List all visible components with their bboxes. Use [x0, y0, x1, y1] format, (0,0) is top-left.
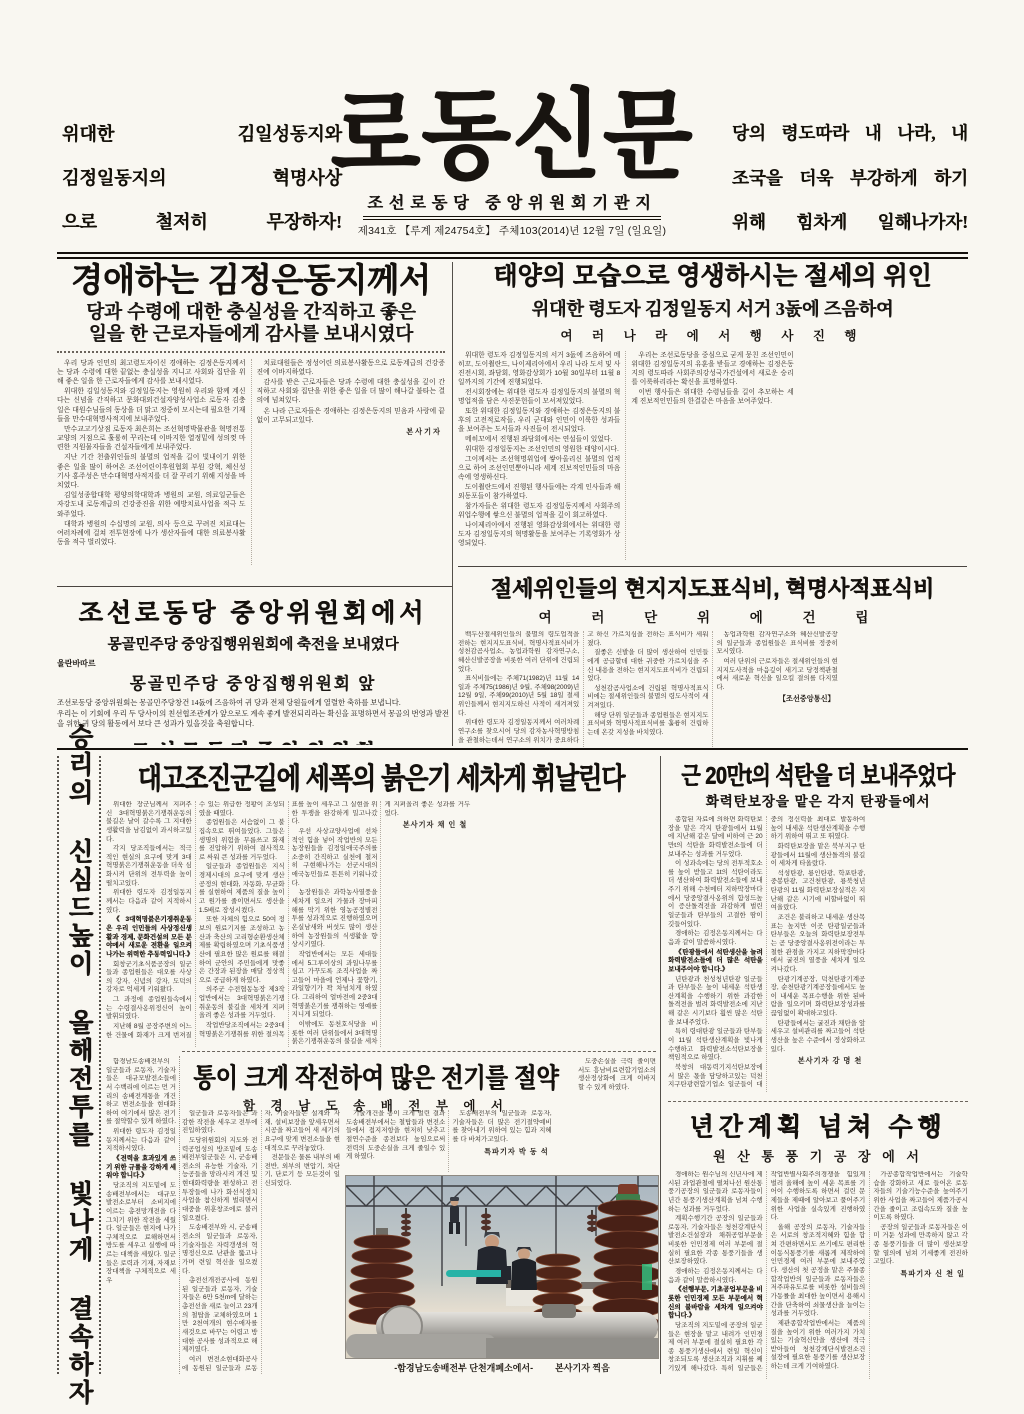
paragraph: 특히 령대탄광 일군들과 탄부들이 11월 석탄생산계획을 빛나게 수행하고 화…: [668, 1028, 763, 1063]
article-markers: 절세위인들의 현지지도표식비, 혁명사적표식비 여 러 단 위 에 건 립 백두…: [458, 572, 967, 747]
electric-headline: 통이 크게 작전하여 많은 전기를 절약: [182, 1057, 570, 1095]
paragraph: 가공종합작업반에서는 기술학습을 강화하고 새로 들어온 로동자들의 기술기능수…: [873, 1171, 968, 1223]
electric-body-top: 기술개건을 통이 크게 벌린 결과 도송배전부에서는 철탑들과 변전소들에서 접…: [346, 1110, 658, 1172]
masthead-center: 로동신문 조선로동당 중앙위원회기관지 제341호 【루계 제24754호】 주…: [322, 84, 702, 238]
electric-intro-paragraph: 위대한 령도자 김정일동지께서는 다음과 같이 지적하시였다.: [106, 1128, 176, 1154]
photo-credit: 본사기자 찍음: [555, 1361, 610, 1374]
paragraph: 여러 단위의 근로자들은 절세위인들의 현지지도사적을 마음깊이 새기고 당정책…: [717, 658, 838, 693]
paragraph: 위대한 장군님께서 지펴주신 3대혁명붉은기쟁취운동의 불길은 날이 갈수록 그…: [106, 801, 192, 844]
subhead-line: 일을 한 근로자들에게 감사를 보내시였다: [57, 323, 445, 346]
paragraph: 감사를 받은 근로자들은 당과 수령에 대한 충실성을 깊이 간직하고 사회와 …: [257, 378, 446, 406]
paragraph: 그이께서는 조선혁명위업에 쌓아올리신 불멸의 업적으로 하여 조선인민뿐아니라…: [458, 455, 620, 482]
paragraph: 종업원들은 서슴없이 그 불집속으로 뛰여들었다. 그들은 생명의 위험을 무릅…: [199, 819, 285, 862]
rule-above-electric: [182, 1051, 656, 1052]
paragraph: 대학과 병원의 수십명의 교원, 의사 등으로 꾸려진 치료대는 여러차례에 걸…: [57, 520, 246, 548]
paragraph: 또한 자체의 힘으로 50여 정보의 원료기지를 조성하고 농산과 축산의 고리…: [199, 916, 285, 985]
paragraph: 농업과학원 감자연구소와 혜산신발공장의 일군들과 종업원들은 표식비를 정중히…: [717, 631, 838, 657]
electric-paragraph: 일군들과 로동자들은 과감한 작전을 세우고 전투에 진입하였다.: [182, 1110, 258, 1136]
telegram-body: 조선로동당 중앙위원회는 몽골민주당창건 14돐에 즈음하여 귀 당과 전체 당…: [57, 698, 449, 730]
electric-paragraph: 총전선개전공사에 동원된 일군들과 로동자, 기술자들은 6만 5천m에 달하는…: [182, 1277, 258, 1355]
rule-under-sun: [458, 566, 967, 567]
newspaper-title: 로동신문: [318, 80, 706, 195]
paragraph: 기술개건을 통이 크게 벌린 결과 도송배전부에서는 철탑들과 변전소들에서 접…: [346, 1110, 445, 1162]
paragraph: 표식비들에는 주체71(1982)년 11월 14일과 주체75(1986)년 …: [458, 675, 579, 718]
paragraph: 도이췰란드에서 진행된 행사들에는 각계 인사들과 해외동포들이 참가하였다.: [458, 483, 620, 501]
thanks-headline: 경애하는 김정은동지께서: [57, 263, 445, 298]
paragraph: 《3대혁명붉은기쟁취운동은 우리 인민들의 사상정신생활과 경제, 문화건설의 …: [106, 916, 192, 959]
issue-line: 제341호 【루계 제24754호】 주체103(2014)년 12월 7일 (…: [322, 223, 702, 238]
masthead-rule: [57, 252, 968, 259]
fans-body: 경애하는 원수님의 신년사에 제시된 과업관철에 떨쳐나선 원산통풍기공장의 일…: [668, 1171, 968, 1379]
article-sun: 태양의 모습으로 영생하시는 절세의 위인 위대한 령도자 김정일동지 서거 3…: [458, 263, 967, 560]
insulator-right: [593, 1184, 658, 1335]
sun-body: 위대한 령도자 김정일동지의 서거 3돐에 즈음하여 메히꼬, 도이췰란드, 나…: [458, 351, 967, 560]
paragraph: 위대한 김일성동지와 김정일동지는 영원히 우리와 함께 계신다는 신념을 간직…: [57, 387, 246, 424]
paragraph: 경애하는 원수님의 신년사에 제시된 과업관철에 떨쳐나선 원산통풍기공장의 일…: [668, 1171, 763, 1214]
paragraph: 제관종합작업반에서는 제품의 질을 높이기 위한 여러가지 가치있는 기술혁신안…: [771, 1320, 866, 1372]
coal-paragraphs: 종합된 자료에 의하면 화력탄보장을 맡은 각지 탄광들에서 11월에 지난해 …: [668, 816, 865, 1092]
masthead-slogan-right: 당의 령도따라 내 나라, 내조국을 더욱 부강하게 하기위해 힘차게 일해나가…: [732, 120, 968, 234]
paragraph: 경애하는 김정은동지께서는 다음과 같이 말씀하시였다.: [668, 930, 763, 947]
thanks-paragraphs: 우리 당과 인민의 최고령도자이신 경애하는 김정은동지께서는 당과 수령에 대…: [57, 359, 445, 565]
coal-headline: 근 20만t의 석탄을 더 보내주었다: [668, 756, 968, 791]
paragraph: 만수교고기상점 로동자 최은희는 조선혁명박물관을 혁명전통교양의 거점으로 훌…: [57, 425, 246, 453]
paragraph: 나이제리아에서 진행된 영화감상회에서는 위대한 령도자 김정일동지의 혁명활동…: [458, 521, 620, 548]
electric-intro-paragraph: 당조직의 지도밑에 도송배전부에서는 대규모발전소로부터 소비지에 이르는 총전…: [106, 1182, 176, 1286]
masthead-slogan-left: 위대한 김일성동지와김정일동지의 혁명사상으로 철저히 무장하자!: [62, 120, 342, 234]
paragraph: 조건은 불리하고 내세운 생산목표는 높지만 이곳 탄광일군들과 탄부들은 오늘…: [771, 914, 866, 974]
article-thanks: 경애하는 김정은동지께서 당과 수령에 대한 충실성을 간직하고 좋은일을 한 …: [57, 263, 445, 565]
paragraph: 지난 기간 천출위인들의 불멸의 업적을 길이 빛내이기 위한 좋은 일을 많이…: [57, 453, 246, 490]
paragraph: 온 나라 근로자들은 경애하는 김정은동지의 믿음과 사랑에 끝없이 고무되고있…: [257, 407, 446, 425]
paragraph: 우선 사상교양사업에 선차적인 힘을 넣어 작업반의 모든 농장원들을 김정일애…: [292, 828, 378, 888]
electric-note-paragraph: 도중손실을 극력 줄이면서도 흥남비료련합기업소의 생산정상화에 크게 이바지할…: [578, 1058, 656, 1093]
paragraph: 그 과정에 종업원들속에서는 수령결사옹위정신이 높이 발휘되였다.: [106, 996, 192, 1022]
coal-body: 종합된 자료에 의하면 화력탄보장을 맡은 각지 탄광들에서 11월에 지난해 …: [668, 816, 968, 1092]
slogan-line: 위해 힘차게 일해나가자!: [732, 209, 968, 234]
rule-under-thanks: [57, 586, 452, 587]
paragraph: 위대한 령도자 김정일동지의 서거 3돐에 즈음하여 메히꼬, 도이췰란드, 나…: [458, 351, 620, 387]
redflag-byline: 본사기자 채 인 철: [384, 820, 470, 830]
paragraph: 계획수행기간 공장의 일군들과 로동자, 기술자들은 청천강계단식발전소건설장과…: [668, 1215, 763, 1267]
paragraph: 김일성종합대학 평양의학대학과 병원의 교원, 의료일군들은 자강도내 로동계급…: [57, 491, 246, 519]
thanks-byline: 본사기자: [257, 427, 446, 437]
paragraph: 《탄광들에서 석탄생산을 늘려 화력발전소들에 더 많은 석탄을 보내주어야 합…: [668, 949, 763, 975]
electric-intro-column: 함경남도송배전부의 일군들과 로동자, 기술자들은 대규모발전소들에서 수백리에…: [106, 1058, 176, 1374]
slogan-line: 조국을 더욱 부강하게 하기: [732, 165, 968, 190]
markers-headline: 절세위인들의 현지지도표식비, 혁명사적표식비: [458, 572, 967, 603]
photo-caption: -함경남도송배전부 단천개폐소에서-: [394, 1361, 533, 1374]
paragraph: 올해 공장의 로동자, 기술자들은 서로의 창조적지혜와 힘을 합쳐 간편하면서…: [771, 1224, 866, 1319]
paragraph: 도송배전부의 일군들과 로동자, 기술자들은 더 많은 전기절약예비를 찾아내기…: [452, 1110, 551, 1145]
electric-body-left: 일군들과 로동자들은 과감한 작전을 세우고 전투에 진입하였다.도당위원회의 …: [182, 1110, 340, 1374]
rule-coal-fans: [668, 1101, 968, 1102]
article-coal: 근 20만t의 석탄을 더 보내주었다 화력탄보장을 맡은 각지 탄광들에서 종…: [668, 756, 968, 1092]
paragraph: 우리는 조선로동당을 중심으로 굳게 뭉친 조선인민이 위대한 김정일동지의 유…: [631, 351, 793, 387]
paragraph: 석성탄광, 룡인탄광, 학포탄광, 중봉탄광, 고건천탄광, 룡북청년탄광의 1…: [771, 870, 866, 913]
telegram-paragraph: 우리는 이 기회에 우리 두 당사이의 친선협조관계가 앞으로도 계속 좋게 발…: [57, 709, 449, 730]
electric-intro-paragraph: 《전력을 효과있게 쓰기 위한 규률을 강하게 세워야 합니다.》: [106, 1155, 176, 1181]
paragraph: 이 성과속에는 당의 전투적호소를 높이 받들고 1t의 석탄이라도 더 생산하…: [668, 860, 763, 929]
thanks-body: 우리 당과 인민의 최고령도자이신 경애하는 김정은동지께서는 당과 수령에 대…: [57, 359, 445, 565]
paragraph: 공장의 일군들과 로동자들은 이미 거둔 성과에 만족하지 않고 각종 통풍기들…: [873, 1224, 968, 1267]
paragraph: 질좋은 신발을 더 많이 생산하여 인민들에게 공급할데 대한 귀중한 가르치심…: [587, 649, 708, 684]
electric-side-note: 도중손실을 극력 줄이면서도 흥남비료련합기업소의 생산정상화에 크게 이바지할…: [578, 1058, 656, 1106]
sun-headline: 태양의 모습으로 영생하시는 절세의 위인: [458, 263, 967, 291]
paragraph: 이번 행사들은 위대한 수령님들을 길이 추모하는 세계 진보적인민들의 한결같…: [631, 388, 793, 406]
newspaper-subtitle: 조선로동당 중앙위원회기관지: [363, 190, 660, 220]
slogan-line: 당의 령도따라 내 나라, 내: [732, 120, 968, 145]
paragraph: 치료대원들은 정성어린 의료봉사활동으로 로동계급의 건강증진에 이바지하였다.: [257, 359, 446, 377]
midpage-rule: [57, 748, 968, 750]
sun-paragraphs: 위대한 령도자 김정일동지의 서거 3돐에 즈음하여 메히꼬, 도이췰란드, 나…: [458, 351, 794, 560]
coal-byline: 본사기자 강 명 천: [771, 1056, 866, 1066]
paragraph: 해당 단위 일군들과 종업원들은 현지지도표식비와 혁명사적표식비를 훌륭히 건…: [587, 712, 708, 738]
article-redflag: 대고조진군길에 세폭의 붉은기 세차게 휘날린다 위대한 장군님께서 지펴주신 …: [106, 756, 656, 1047]
paragraph: 위대한 령도자 김정일동지께서는 다음과 같이 지적하시였다.: [106, 889, 192, 915]
telegram-signature: 조 선 로 동 당 중 앙 위 원 회: [57, 735, 449, 745]
paragraph: 경애하는 김정은동지께서는 다음과 같이 말씀하시였다.: [668, 1268, 763, 1285]
paragraph: 메히꼬에서 진행된 좌담회에서는 연설들이 있었다.: [458, 435, 620, 444]
markers-paragraphs: 백두산절세위인들의 불멸의 령도업적을 전하는 현지지도표식비, 혁명사적표식비…: [458, 631, 838, 747]
sun-subhead: 위대한 령도자 김정일동지 서거 3돐에 즈음하여: [458, 295, 967, 321]
paragraph: 탄광기계공장, 덕천탄광기계공장, 순천탄광기계공장들에서도 높이 내세운 목표…: [771, 976, 866, 1019]
subhead-line: 당과 수령에 대한 충실성을 간직하고 좋은: [57, 301, 445, 324]
electric-intro-paragraph: 함경남도송배전부의 일군들과 로동자, 기술자들은 대규모발전소들에서 수백리에…: [106, 1058, 176, 1127]
markers-body: 백두산절세위인들의 불멸의 령도업적을 전하는 현지지도표식비, 혁명사적표식비…: [458, 631, 967, 747]
paragraph: 각지 당조직들에서는 적극적인 현실의 요구에 맞게 3대혁명붉은기쟁취운동을 …: [106, 845, 192, 888]
electric-top-paragraphs: 기술개건을 통이 크게 벌린 결과 도송배전부에서는 철탑들과 변전소들에서 접…: [346, 1110, 552, 1172]
electric-paragraph: 도송배전부와 시, 군송배전소의 일군들과 로동자, 기술자들은 자력갱생의 혁…: [182, 1224, 258, 1276]
paragraph: 화력탄보장을 맡은 북부지구 탄광들에서 11월에 생산돌격의 불길이 세차게 …: [771, 843, 866, 869]
paragraph: 《선행부문, 기초공업부문을 비롯한 인민경제 모든 부문에서 혁신의 불바람을…: [668, 1286, 763, 1321]
slogan-line: 으로 철저히 무장하자!: [62, 208, 342, 234]
paragraph: 참가자들은 위대한 령도자 김정일동지께서 사회주의위업수행에 쌓으신 불멸의 …: [458, 502, 620, 520]
redflag-paragraphs: 위대한 장군님께서 지펴주신 3대혁명붉은기쟁취운동의 불길은 날이 갈수록 그…: [106, 801, 470, 1047]
slogan-line: 김정일동지의 혁명사상: [62, 164, 342, 190]
paragraph: 종합된 자료에 의하면 화력탄보장을 맡은 각지 탄광들에서 11월에 지난해 …: [668, 816, 763, 859]
telegram-dateline: 울란바따르: [57, 658, 449, 669]
paragraph: 백두산절세위인들의 불멸의 령도업적을 전하는 현지지도표식비, 혁명사적표식비…: [458, 631, 579, 674]
telegram-sub: 몽골민주당 중앙집행위원회에 축전을 보내였다: [57, 633, 449, 654]
electric-headline-block: 통이 크게 작전하여 많은 전기를 절약 함 경 남 도 송 배 전 부 에 서: [182, 1057, 570, 1114]
substation-photo: [346, 1176, 658, 1358]
redflag-body: 위대한 장군님께서 지펴주신 3대혁명붉은기쟁취운동의 불길은 날이 갈수록 그…: [106, 801, 656, 1047]
paragraph: 작업반에서는 모든 세대들에서 5그루이상의 과일나무를 심고 가꾸도록 조직사…: [292, 951, 378, 1020]
article-fans: 년간계획 넘쳐 수행 원 산 통 풍 기 공 장 에 서 경애하는 원수님의 신…: [668, 1107, 968, 1379]
paragraph: 위대한 김정일동지는 조선인민의 영원한 태양이시다.: [458, 445, 620, 454]
telegram-addressee: 몽골민주당 중앙집행위원회 앞: [57, 670, 449, 694]
divider-electric-intro: [179, 1056, 180, 1374]
paragraph: 우리 당과 인민의 최고령도자이신 경애하는 김정은동지께서는 당과 수령에 대…: [57, 359, 246, 387]
markers-credit: 【조선중앙통신】: [717, 694, 838, 704]
paragraph: 탄광들에서는 굴진과 채탄을 앞세우고 설비관리를 짜고들어 석탄생산을 높은 …: [771, 1020, 866, 1055]
sun-kicker: 여 러 나 라 에 서 행 사 진 행: [458, 326, 967, 344]
telegram-head: 조선로동당 중앙위원회에서: [57, 593, 449, 629]
paragraph: 또한 위대한 김정일동지와 경애하는 김정은동지의 불후의 고전적로작들, 우리…: [458, 407, 620, 434]
paragraph: 회창군기초식품공장의 일군들과 종업원들은 대오를 사상의 강자, 신념의 강자…: [106, 961, 192, 996]
article-telegram: 조선로동당 중앙위원회에서 몽골민주당 중앙집행위원회에 축전을 보내였다 울란…: [57, 593, 449, 745]
paragraph: 농장원들은 과학농사열풍을 세차게 일으켜 가물과 장마피해를 막기 위한 영농…: [292, 889, 378, 949]
telegram-paragraph: 조선로동당 중앙위원회는 몽골민주당창건 14돐에 즈음하여 귀 당과 전체 당…: [57, 698, 449, 709]
paragraph: 년탄광과 천성청년탄광 일군들과 탄부들은 높이 내세운 석탄생산계획을 수행하…: [668, 976, 763, 1028]
fans-headline: 년간계획 넘쳐 수행: [668, 1107, 968, 1143]
electric-paragraph: 전문들은 물론 내부의 배전반, 외부의 변압기, 차단기, 단로기 등 모든것…: [265, 1154, 341, 1189]
fans-subhead: 원 산 통 풍 기 공 장 에 서: [668, 1146, 968, 1165]
divider-bottom-center: [660, 756, 661, 1374]
newspaper-page: { "masthead": { "slogan_left_lines": ["위…: [0, 0, 1024, 1414]
slogan-line: 위대한 김일성동지와: [62, 120, 342, 146]
vertical-banner: 승리의 신심드높이 올해전투를 빛나게 결속하자: [57, 756, 101, 1374]
divider-top-center: [452, 262, 453, 746]
thanks-subhead: 당과 수령에 대한 충실성을 간직하고 좋은일을 한 근로자들에게 감사를 보내…: [57, 301, 445, 346]
electric-paragraph: 도당위원회의 지도와 전력공업성의 방조밑에 도송배전부일군들은 시, 군송배전…: [182, 1137, 258, 1223]
paragraph: 성천감곰사업소에 건립된 혁명사적표식비에는 절세위인들의 불멸의 령도사적이 …: [587, 685, 708, 711]
thanks-separator: [57, 351, 445, 353]
paragraph: 전시회장에는 위대한 령도자 김정일동지의 불멸의 혁명업적을 담은 사진문헌들…: [458, 388, 620, 406]
photo-caption-row: -함경남도송배전부 단천개폐소에서- 본사기자 찍음: [346, 1361, 658, 1374]
fans-byline: 특파기자 신 천 일: [873, 1269, 968, 1279]
banner-text: 승리의 신심드높이 올해전투를 빛나게 결속하자: [61, 723, 97, 1407]
redflag-headline: 대고조진군길에 세폭의 붉은기 세차게 휘날린다: [106, 756, 656, 797]
paragraph: 의주군 수전협동농장 제3작업반에서는 3대혁명붉은기쟁취운동의 불길을 세차게…: [199, 986, 285, 1021]
electric-byline: 특파기자 박 동 석: [452, 1147, 551, 1157]
substation-photo-art: [346, 1176, 658, 1358]
coal-subhead: 화력탄보장을 맡은 각지 탄광들에서: [668, 790, 968, 810]
paragraph: 일군들과 종업원들은 지식경제시대의 요구에 맞게 생산공정의 현대화, 자동화…: [199, 863, 285, 915]
markers-kicker: 여 러 단 위 에 건 립: [458, 606, 967, 626]
